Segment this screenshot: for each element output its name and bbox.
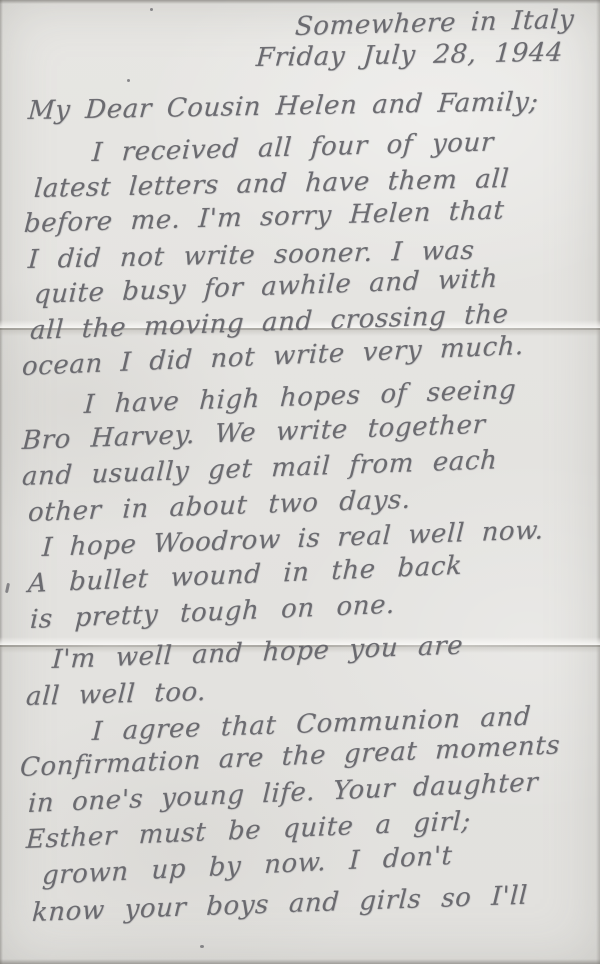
letter-line: all well too.	[25, 677, 207, 712]
pencil-speck	[127, 79, 130, 82]
scan-edge-right	[596, 0, 600, 964]
scan-edge-top	[0, 0, 600, 4]
letter-date: Friday July 28, 1944	[255, 38, 564, 73]
handwritten-letter-scan: Somewhere in Italy Friday July 28, 1944 …	[0, 0, 600, 964]
scan-edge-left	[0, 0, 3, 964]
pencil-speck	[150, 8, 153, 11]
pencil-speck	[200, 945, 204, 948]
scan-edge-bottom	[0, 959, 600, 964]
